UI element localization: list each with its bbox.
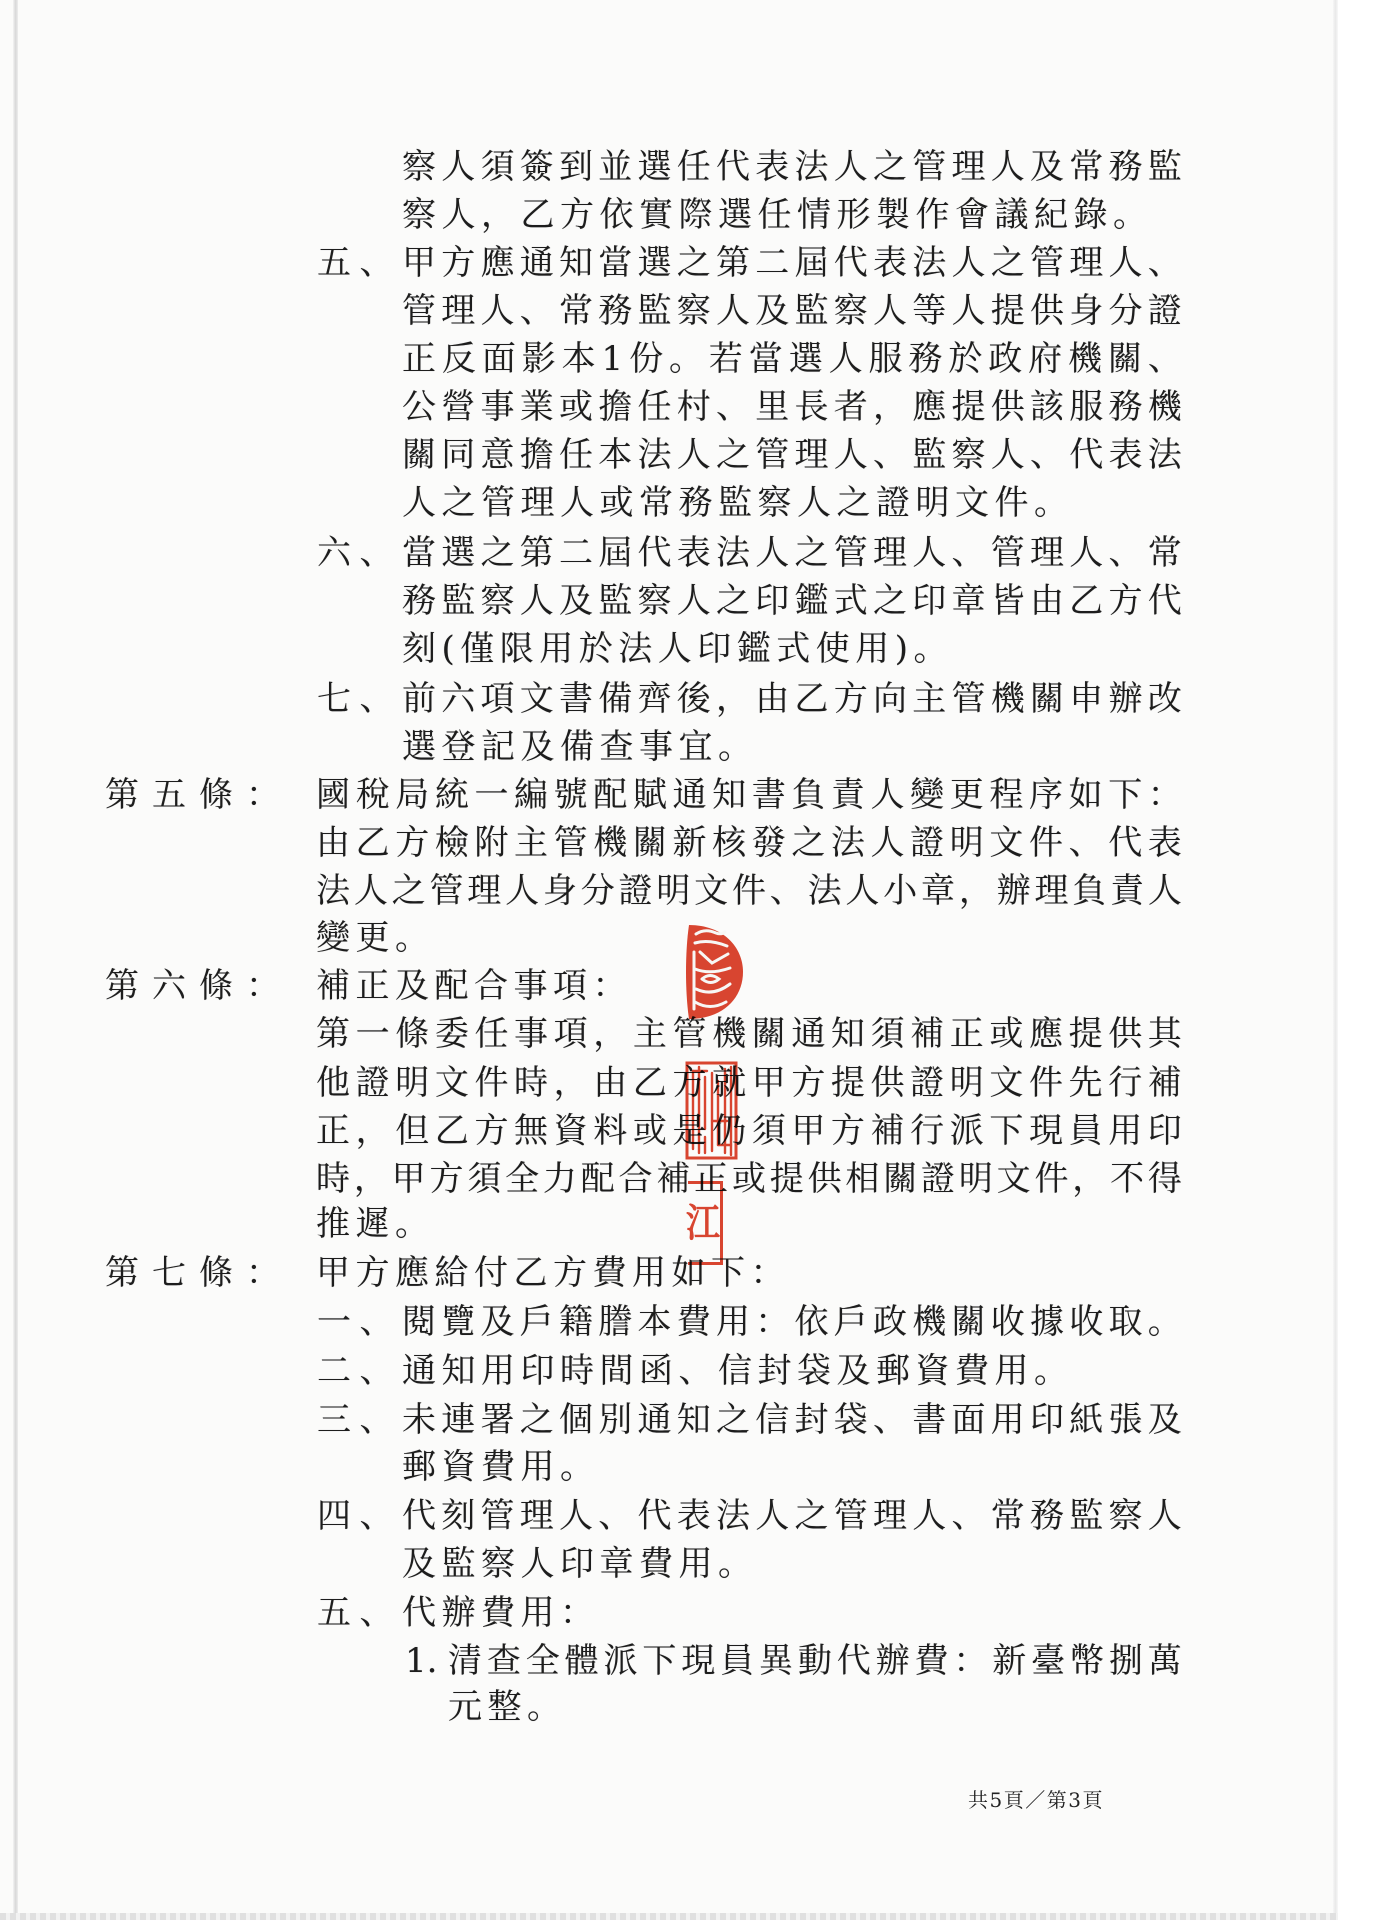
text-line: 補正及配合事項：: [316, 962, 1182, 1010]
seal-character: 江: [686, 1196, 720, 1251]
name-seal-icon: 江: [688, 1181, 723, 1265]
paper-bottom-edge: [0, 1913, 1338, 1920]
article-label: 第六條：: [105, 962, 280, 1010]
text-line: 第一條委任事項，主管機關通知須補正或應提供其: [316, 1010, 1182, 1058]
text-line: 郵資費用。: [402, 1443, 1182, 1491]
text-line: 未連署之個別通知之信封袋、書面用印紙張及: [402, 1396, 1182, 1444]
page-indicator: 共5頁／第3頁: [968, 1786, 1104, 1814]
text-line: 當選之第二屆代表法人之管理人、管理人、常: [402, 529, 1182, 577]
text-line: 務監察人及監察人之印鑑式之印章皆由乙方代: [402, 577, 1182, 625]
text-line: 前六項文書備齊後，由乙方向主管機關申辦改: [402, 675, 1182, 723]
item-number: 一、: [317, 1298, 402, 1346]
text-line: 正，但乙方無資料或是仍須甲方補行派下現員用印: [316, 1107, 1182, 1155]
text-line: 推遲。: [316, 1200, 1182, 1248]
text-line: 他證明文件時，由乙方就甲方提供證明文件先行補: [316, 1059, 1182, 1107]
text-line: 變更。: [316, 914, 1182, 962]
item-number: 四、: [317, 1492, 402, 1540]
text-line: 刻(僅限用於法人印鑑式使用)。: [402, 625, 1182, 673]
paper-left-edge: [13, 0, 18, 1920]
text-line: 管理人、常務監察人及監察人等人提供身分證: [402, 287, 1182, 335]
text-line: 關同意擔任本法人之管理人、監察人、代表法: [402, 431, 1182, 479]
text-line: 正反面影本1份。若當選人服務於政府機關、: [402, 335, 1182, 383]
item-number: 五、: [317, 239, 402, 287]
text-line: 時，甲方須全力配合補正或提供相關證明文件，不得: [316, 1155, 1182, 1203]
text-line: 代辦費用：: [402, 1589, 1182, 1637]
text-line: 元整。: [448, 1683, 1182, 1731]
text-line: 通知用印時間函、信封袋及郵資費用。: [402, 1347, 1182, 1395]
text-line: 由乙方檢附主管機關新核發之法人證明文件、代表: [316, 819, 1182, 867]
subitem-number: 1.: [405, 1637, 437, 1685]
square-seal-icon: [685, 1061, 739, 1161]
text-line: 法人之管理人身分證明文件、法人小章，辦理負責人: [316, 867, 1182, 915]
text-line: 公營事業或擔任村、里長者，應提供該服務機: [402, 383, 1182, 431]
item-number: 二、: [317, 1347, 402, 1395]
item-number: 七、: [317, 675, 402, 723]
half-round-seal-icon: [683, 922, 745, 1022]
text-line: 甲方應通知當選之第二屆代表法人之管理人、: [402, 239, 1182, 287]
text-line: 人之管理人或常務監察人之證明文件。: [402, 479, 1182, 527]
paper-right-edge: [1333, 0, 1338, 1920]
text-line: 閱覽及戶籍謄本費用：依戶政機關收據收取。: [402, 1298, 1182, 1346]
scanned-document-page: 察人須簽到並選任代表法人之管理人及常務監 察人，乙方依實際選任情形製作會議紀錄。…: [0, 0, 1396, 1920]
text-line: 代刻管理人、代表法人之管理人、常務監察人: [402, 1492, 1182, 1540]
article-label: 第七條：: [105, 1249, 280, 1297]
item-number: 六、: [317, 529, 402, 577]
text-line: 及監察人印章費用。: [402, 1540, 1182, 1588]
item-number: 三、: [317, 1396, 402, 1444]
article-label: 第五條：: [105, 771, 280, 819]
text-line: 察人須簽到並選任代表法人之管理人及常務監: [402, 143, 1182, 191]
item-number: 五、: [317, 1589, 402, 1637]
text-line: 察人，乙方依實際選任情形製作會議紀錄。: [402, 191, 1182, 239]
text-line: 選登記及備查事宜。: [402, 723, 1182, 771]
text-line: 國稅局統一編號配賦通知書負責人變更程序如下：: [316, 771, 1182, 819]
text-line: 清查全體派下現員異動代辦費：新臺幣捌萬: [448, 1637, 1182, 1685]
text-line: 甲方應給付乙方費用如下：: [316, 1249, 1182, 1297]
